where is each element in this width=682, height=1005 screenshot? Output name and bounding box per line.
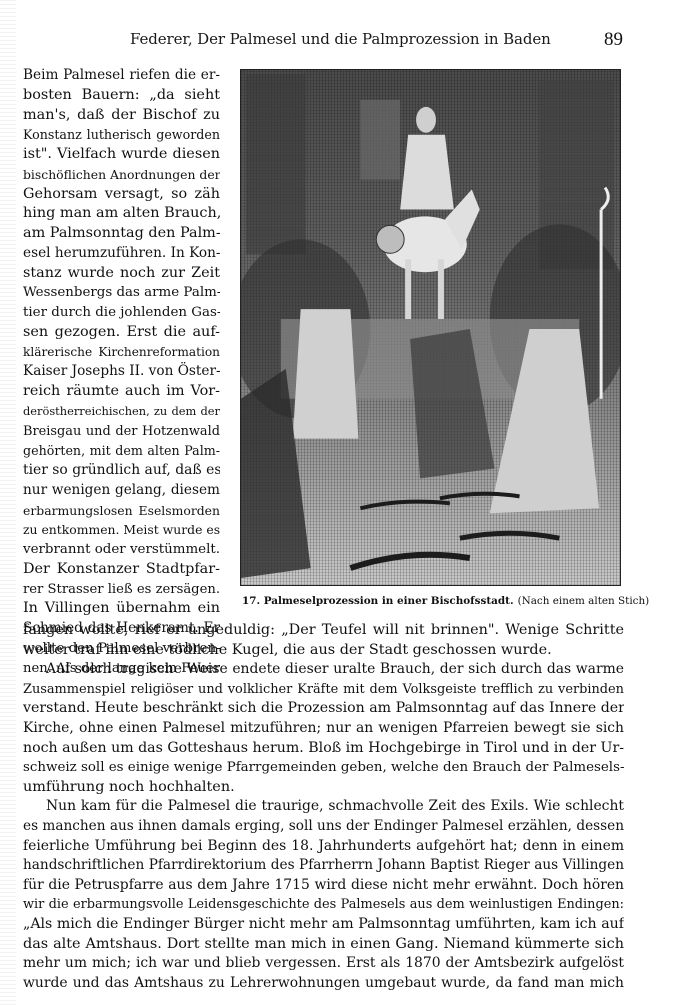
text-line: esel herumzuführen. In Kon- xyxy=(23,244,220,264)
text-line: verstand. Heute beschränkt sich die Proz… xyxy=(23,699,624,719)
caption-title: 17. Palmeselprozession in einer Bischofs… xyxy=(242,595,514,607)
text-line: Wessenbergs das arme Palm- xyxy=(23,283,220,303)
text-line: bischöflichen Anordnungen der xyxy=(23,165,220,185)
engraving-image xyxy=(241,70,620,585)
text-line: für die Petruspfarre aus dem Jahre 1715 … xyxy=(23,876,624,896)
text-line: Konstanz lutherisch geworden xyxy=(23,125,220,145)
text-line: umführung noch hochhalten. xyxy=(23,778,624,798)
text-line: deröstherreichischen, zu dem der xyxy=(23,402,220,422)
text-line: das alte Amtshaus. Dort stellte man mich… xyxy=(23,935,624,955)
text-line: Nun kam für die Palmesel die traurige, s… xyxy=(23,797,624,817)
text-line: zu entkommen. Meist wurde es xyxy=(23,520,220,540)
text-line: wurde und das Amtshaus zu Lehrerwohnunge… xyxy=(23,974,624,994)
text-line: rer Strasser ließ es zersägen. xyxy=(23,580,220,600)
scan-edge-noise xyxy=(0,0,16,1005)
text-line: Der Konstanzer Stadtpfar- xyxy=(23,560,220,580)
text-line: Gehorsam versagt, so zäh xyxy=(23,185,220,205)
text-line: In Villingen übernahm ein xyxy=(23,599,220,619)
text-line: es manchen aus ihnen damals erging, soll… xyxy=(23,817,624,837)
text-line: hing man am alten Brauch, xyxy=(23,204,220,224)
text-line: noch außen um das Gotteshaus herum. Bloß… xyxy=(23,739,624,759)
text-line: klärerische Kirchenreformation xyxy=(23,343,220,363)
text-line: gehörten, mit dem alten Palm- xyxy=(23,441,220,461)
text-line: erbarmungslosen Eselsmorden xyxy=(23,501,220,521)
text-line: weiter traf ihn eine tödliche Kugel, die… xyxy=(23,641,624,661)
text-line: Zusammenspiel religiöser und volklicher … xyxy=(23,680,624,700)
book-page: Federer, Der Palmesel und die Palmprozes… xyxy=(0,0,682,1005)
text-line: wir die erbarmungsvolle Leidensgeschicht… xyxy=(23,895,624,915)
text-line: reich räumte auch im Vor- xyxy=(23,382,220,402)
text-line: Kaiser Josephs II. von Öster- xyxy=(23,362,220,382)
text-line: nur wenigen gelang, diesem xyxy=(23,481,220,501)
running-title: Federer, Der Palmesel und die Palmprozes… xyxy=(130,30,540,48)
running-header: Federer, Der Palmesel und die Palmprozes… xyxy=(0,30,682,52)
text-line: Breisgau und der Hotzenwald xyxy=(23,422,220,442)
full-width-text: fangen wollte, rief er ungeduldig: „Der … xyxy=(23,621,624,993)
page-number: 89 xyxy=(604,29,623,51)
text-line: Beim Palmesel riefen die er- xyxy=(23,66,220,86)
figure-caption: 17. Palmeselprozession in einer Bischofs… xyxy=(242,595,632,607)
text-line: fangen wollte, rief er ungeduldig: „Der … xyxy=(23,621,624,641)
text-line: stanz wurde noch zur Zeit xyxy=(23,264,220,284)
text-line: verbrannt oder verstümmelt. xyxy=(23,540,220,560)
text-line: tier durch die johlenden Gas- xyxy=(23,303,220,323)
caption-source: (Nach einem alten Stich) xyxy=(518,595,650,607)
illustration-palm-procession xyxy=(240,69,621,586)
text-line: am Palmsonntag den Palm- xyxy=(23,224,220,244)
text-line: „Als mich die Endinger Bürger nicht mehr… xyxy=(23,915,624,935)
text-line: mehr um mich; ich war und blieb vergesse… xyxy=(23,954,624,974)
text-line: feierliche Umführung bei Beginn des 18. … xyxy=(23,837,624,857)
text-line: sen gezogen. Erst die auf- xyxy=(23,323,220,343)
text-line: bosten Bauern: „da sieht xyxy=(23,86,220,106)
text-line: tier so gründlich auf, daß es xyxy=(23,461,220,481)
text-line: handschriftlichen Pfarrdirektorium des P… xyxy=(23,856,624,876)
text-line: Kirche, ohne einen Palmesel mitzuführen;… xyxy=(23,719,624,739)
text-line: schweiz soll es einige wenige Pfarrgemei… xyxy=(23,758,624,778)
text-line: Auf solch tragische Weise endete dieser … xyxy=(23,660,624,680)
left-text-column: Beim Palmesel riefen die er-bosten Bauer… xyxy=(23,66,220,678)
text-line: ist". Vielfach wurde diesen xyxy=(23,145,220,165)
text-line: man's, daß der Bischof zu xyxy=(23,106,220,126)
